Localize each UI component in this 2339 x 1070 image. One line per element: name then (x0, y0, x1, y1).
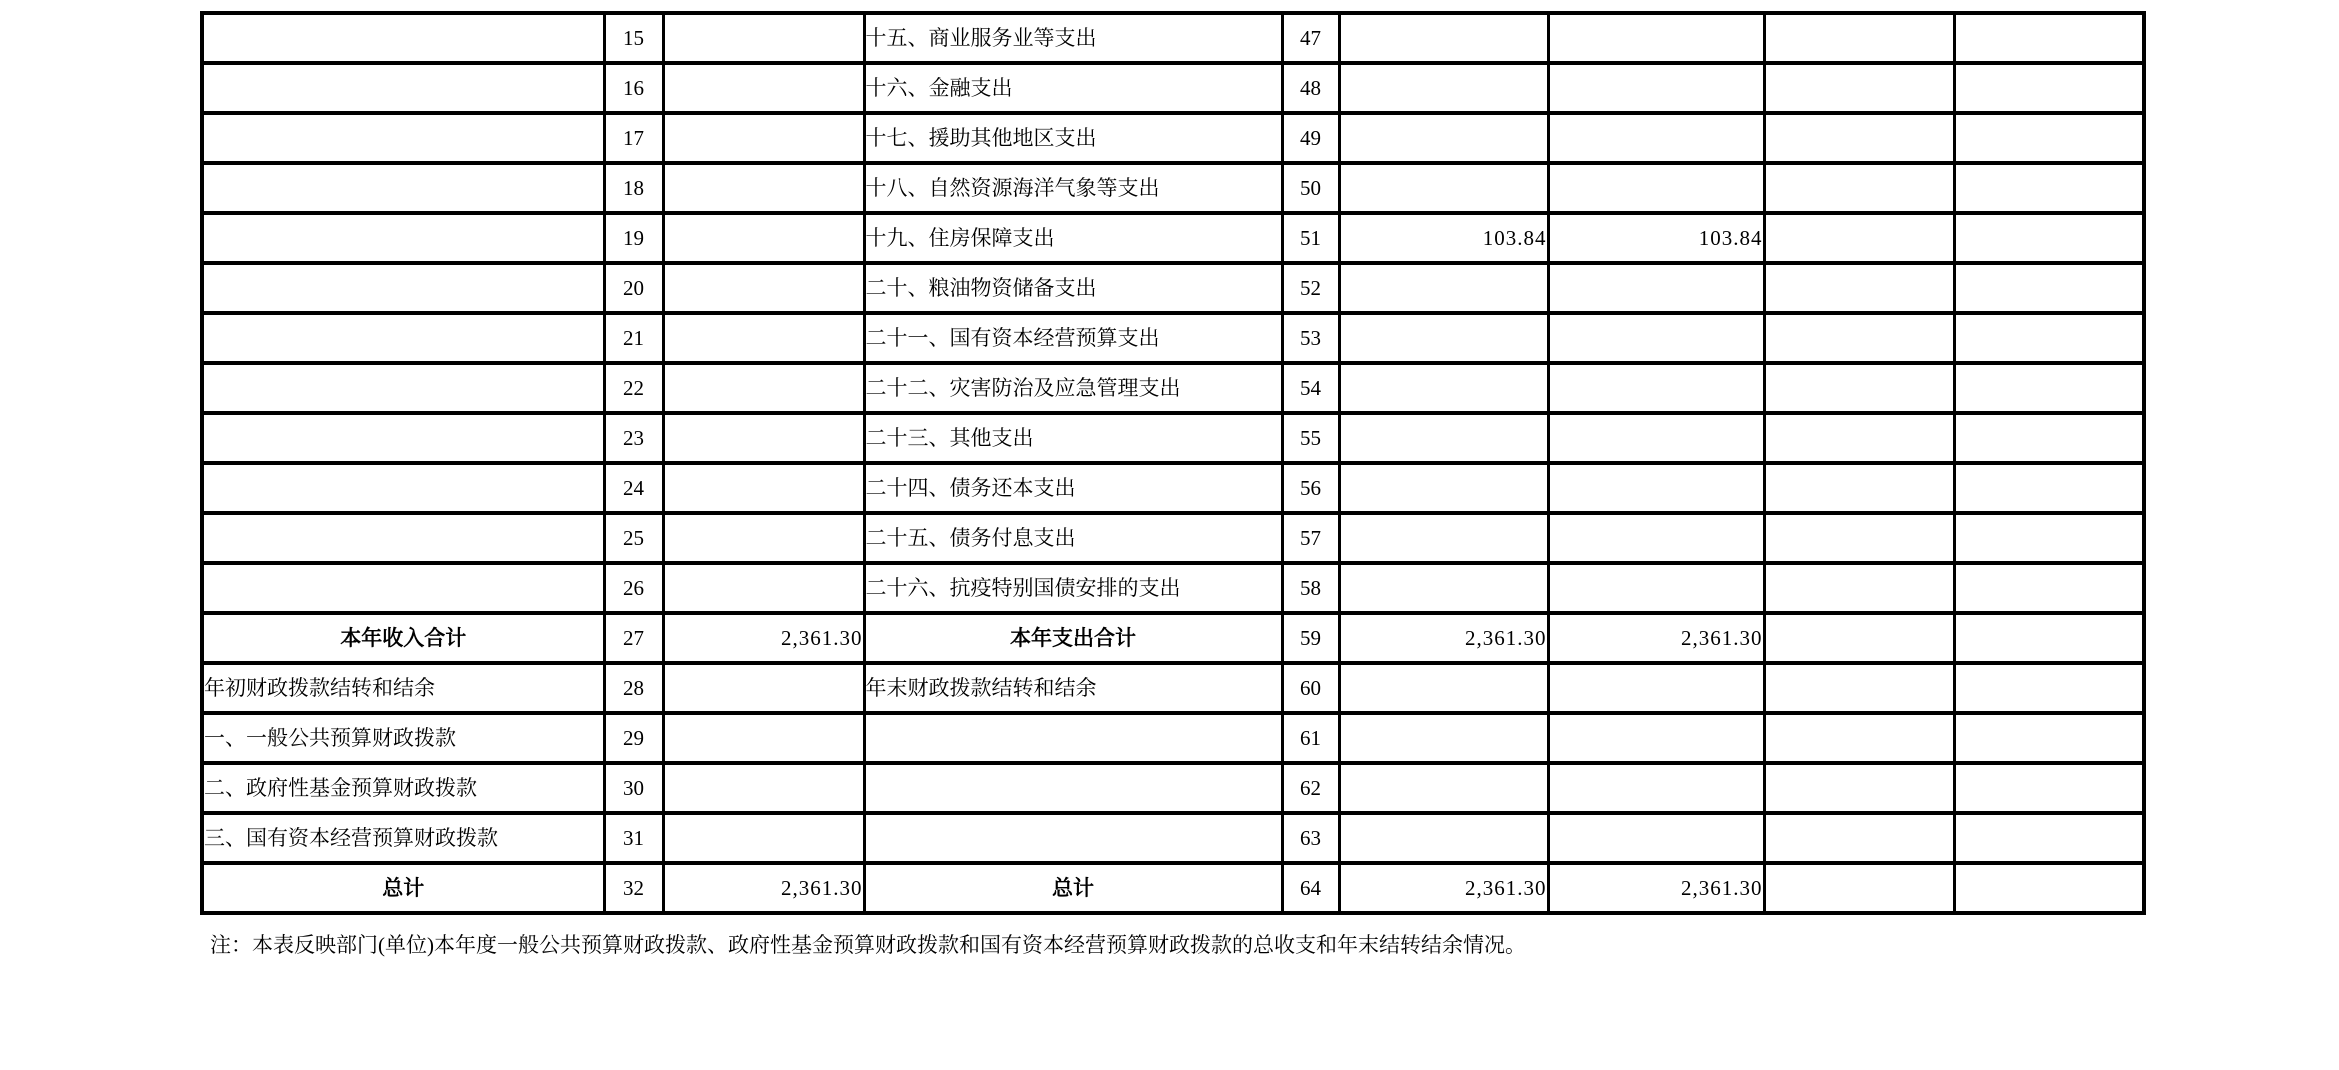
table-row: 15 十五、商业服务业等支出 47 (202, 13, 2144, 63)
expense-label-cell (864, 713, 1282, 763)
income-amount-cell (663, 813, 864, 863)
budget-table-body: 15 十五、商业服务业等支出 47 16 十六、金融支出 48 17 十七、援助… (202, 13, 2144, 913)
expense-label-cell: 二十一、国有资本经营预算支出 (864, 313, 1282, 363)
extra-column-2-cell (1954, 213, 2144, 263)
extra-column-2-cell (1954, 663, 2144, 713)
table-row: 20 二十、粮油物资储备支出 52 (202, 263, 2144, 313)
income-amount-cell (663, 213, 864, 263)
expense-row-number-cell: 61 (1282, 713, 1339, 763)
income-row-number-cell: 26 (604, 563, 663, 613)
expense-row-number-cell: 55 (1282, 413, 1339, 463)
expense-amount-1-cell (1339, 313, 1548, 363)
extra-column-1-cell (1764, 563, 1954, 613)
extra-column-2-cell (1954, 713, 2144, 763)
expense-amount-1-cell (1339, 13, 1548, 63)
extra-column-1-cell (1764, 863, 1954, 913)
expense-label-cell: 十五、商业服务业等支出 (864, 13, 1282, 63)
extra-column-2-cell (1954, 13, 2144, 63)
expense-amount-1-cell (1339, 763, 1548, 813)
extra-column-1-cell (1764, 513, 1954, 563)
expense-row-number-cell: 47 (1282, 13, 1339, 63)
table-footnote: 注：本表反映部门(单位)本年度一般公共预算财政拨款、政府性基金预算财政拨款和国有… (210, 932, 1526, 959)
expense-label-cell: 二十三、其他支出 (864, 413, 1282, 463)
income-row-number-cell: 15 (604, 13, 663, 63)
income-amount-cell: 2,361.30 (663, 863, 864, 913)
income-amount-cell (663, 763, 864, 813)
extra-column-2-cell (1954, 463, 2144, 513)
table-row: 18 十八、自然资源海洋气象等支出 50 (202, 163, 2144, 213)
expense-row-number-cell: 50 (1282, 163, 1339, 213)
expense-row-number-cell: 64 (1282, 863, 1339, 913)
income-label-cell (202, 313, 604, 363)
expense-label-cell: 二十四、债务还本支出 (864, 463, 1282, 513)
table-row: 24 二十四、债务还本支出 56 (202, 463, 2144, 513)
income-label-cell (202, 213, 604, 263)
income-label-cell (202, 113, 604, 163)
income-row-number-cell: 18 (604, 163, 663, 213)
extra-column-2-cell (1954, 363, 2144, 413)
expense-row-number-cell: 58 (1282, 563, 1339, 613)
table-row: 本年收入合计 27 2,361.30 本年支出合计 59 2,361.30 2,… (202, 613, 2144, 663)
expense-amount-2-cell (1548, 563, 1764, 613)
expense-label-cell: 二十、粮油物资储备支出 (864, 263, 1282, 313)
income-row-number-cell: 22 (604, 363, 663, 413)
income-label-cell: 本年收入合计 (202, 613, 604, 663)
table-row: 22 二十二、灾害防治及应急管理支出 54 (202, 363, 2144, 413)
expense-row-number-cell: 60 (1282, 663, 1339, 713)
expense-amount-1-cell (1339, 263, 1548, 313)
income-label-cell (202, 163, 604, 213)
expense-amount-2-cell (1548, 713, 1764, 763)
income-label-cell: 年初财政拨款结转和结余 (202, 663, 604, 713)
expense-amount-1-cell (1339, 463, 1548, 513)
expense-amount-1-cell (1339, 713, 1548, 763)
table-row: 26 二十六、抗疫特别国债安排的支出 58 (202, 563, 2144, 613)
expense-amount-1-cell (1339, 163, 1548, 213)
income-row-number-cell: 23 (604, 413, 663, 463)
income-row-number-cell: 30 (604, 763, 663, 813)
expense-label-cell: 二十二、灾害防治及应急管理支出 (864, 363, 1282, 413)
income-row-number-cell: 32 (604, 863, 663, 913)
extra-column-1-cell (1764, 363, 1954, 413)
expense-label-cell: 二十六、抗疫特别国债安排的支出 (864, 563, 1282, 613)
expense-amount-2-cell (1548, 113, 1764, 163)
table-row: 一、一般公共预算财政拨款 29 61 (202, 713, 2144, 763)
income-label-cell (202, 563, 604, 613)
table-row: 25 二十五、债务付息支出 57 (202, 513, 2144, 563)
extra-column-1-cell (1764, 163, 1954, 213)
expense-amount-1-cell: 2,361.30 (1339, 613, 1548, 663)
expense-amount-2-cell (1548, 163, 1764, 213)
extra-column-2-cell (1954, 313, 2144, 363)
expense-label-cell: 十九、住房保障支出 (864, 213, 1282, 263)
expense-row-number-cell: 56 (1282, 463, 1339, 513)
extra-column-1-cell (1764, 663, 1954, 713)
income-label-cell (202, 463, 604, 513)
budget-document-page: 15 十五、商业服务业等支出 47 16 十六、金融支出 48 17 十七、援助… (0, 0, 2339, 1070)
extra-column-2-cell (1954, 513, 2144, 563)
expense-label-cell: 十七、援助其他地区支出 (864, 113, 1282, 163)
income-amount-cell (663, 663, 864, 713)
extra-column-2-cell (1954, 763, 2144, 813)
extra-column-1-cell (1764, 313, 1954, 363)
income-row-number-cell: 21 (604, 313, 663, 363)
expense-row-number-cell: 48 (1282, 63, 1339, 113)
expense-amount-1-cell (1339, 813, 1548, 863)
expense-amount-2-cell: 2,361.30 (1548, 863, 1764, 913)
extra-column-1-cell (1764, 13, 1954, 63)
extra-column-2-cell (1954, 413, 2144, 463)
expense-amount-1-cell (1339, 413, 1548, 463)
income-row-number-cell: 29 (604, 713, 663, 763)
expense-label-cell: 年末财政拨款结转和结余 (864, 663, 1282, 713)
expense-amount-2-cell (1548, 63, 1764, 113)
income-label-cell (202, 263, 604, 313)
income-row-number-cell: 31 (604, 813, 663, 863)
expense-amount-2-cell (1548, 463, 1764, 513)
table-row: 总计 32 2,361.30 总计 64 2,361.30 2,361.30 (202, 863, 2144, 913)
expense-row-number-cell: 51 (1282, 213, 1339, 263)
extra-column-1-cell (1764, 613, 1954, 663)
table-row: 19 十九、住房保障支出 51 103.84 103.84 (202, 213, 2144, 263)
expense-amount-2-cell (1548, 363, 1764, 413)
extra-column-1-cell (1764, 763, 1954, 813)
income-row-number-cell: 28 (604, 663, 663, 713)
income-label-cell (202, 513, 604, 563)
expense-amount-2-cell (1548, 813, 1764, 863)
expense-row-number-cell: 59 (1282, 613, 1339, 663)
income-amount-cell (663, 513, 864, 563)
expense-amount-2-cell (1548, 263, 1764, 313)
extra-column-1-cell (1764, 463, 1954, 513)
income-amount-cell (663, 413, 864, 463)
income-row-number-cell: 27 (604, 613, 663, 663)
extra-column-2-cell (1954, 263, 2144, 313)
extra-column-1-cell (1764, 813, 1954, 863)
income-amount-cell (663, 713, 864, 763)
table-row: 21 二十一、国有资本经营预算支出 53 (202, 313, 2144, 363)
extra-column-1-cell (1764, 713, 1954, 763)
expense-row-number-cell: 52 (1282, 263, 1339, 313)
expense-amount-2-cell (1548, 763, 1764, 813)
expense-amount-2-cell: 2,361.30 (1548, 613, 1764, 663)
income-amount-cell: 2,361.30 (663, 613, 864, 663)
income-amount-cell (663, 563, 864, 613)
extra-column-1-cell (1764, 263, 1954, 313)
expense-amount-1-cell (1339, 513, 1548, 563)
income-amount-cell (663, 13, 864, 63)
table-row: 17 十七、援助其他地区支出 49 (202, 113, 2144, 163)
income-amount-cell (663, 313, 864, 363)
budget-summary-table: 15 十五、商业服务业等支出 47 16 十六、金融支出 48 17 十七、援助… (200, 11, 2146, 915)
income-row-number-cell: 16 (604, 63, 663, 113)
income-label-cell: 总计 (202, 863, 604, 913)
expense-amount-1-cell (1339, 663, 1548, 713)
expense-row-number-cell: 62 (1282, 763, 1339, 813)
income-row-number-cell: 20 (604, 263, 663, 313)
income-amount-cell (663, 163, 864, 213)
income-label-cell (202, 413, 604, 463)
income-label-cell (202, 63, 604, 113)
expense-row-number-cell: 54 (1282, 363, 1339, 413)
expense-amount-1-cell (1339, 363, 1548, 413)
income-label-cell (202, 363, 604, 413)
expense-amount-1-cell: 2,361.30 (1339, 863, 1548, 913)
table-row: 年初财政拨款结转和结余 28 年末财政拨款结转和结余 60 (202, 663, 2144, 713)
expense-amount-1-cell: 103.84 (1339, 213, 1548, 263)
extra-column-1-cell (1764, 113, 1954, 163)
expense-row-number-cell: 63 (1282, 813, 1339, 863)
extra-column-1-cell (1764, 63, 1954, 113)
expense-amount-2-cell (1548, 413, 1764, 463)
income-label-cell: 三、国有资本经营预算财政拨款 (202, 813, 604, 863)
income-amount-cell (663, 363, 864, 413)
income-row-number-cell: 19 (604, 213, 663, 263)
expense-amount-1-cell (1339, 563, 1548, 613)
income-row-number-cell: 25 (604, 513, 663, 563)
income-label-cell (202, 13, 604, 63)
extra-column-2-cell (1954, 113, 2144, 163)
table-row: 二、政府性基金预算财政拨款 30 62 (202, 763, 2144, 813)
expense-label-cell (864, 813, 1282, 863)
expense-amount-2-cell (1548, 663, 1764, 713)
extra-column-2-cell (1954, 563, 2144, 613)
expense-row-number-cell: 57 (1282, 513, 1339, 563)
extra-column-1-cell (1764, 413, 1954, 463)
expense-label-cell: 十八、自然资源海洋气象等支出 (864, 163, 1282, 213)
expense-amount-2-cell (1548, 513, 1764, 563)
expense-row-number-cell: 49 (1282, 113, 1339, 163)
expense-label-cell: 二十五、债务付息支出 (864, 513, 1282, 563)
income-row-number-cell: 17 (604, 113, 663, 163)
expense-label-cell (864, 763, 1282, 813)
extra-column-2-cell (1954, 613, 2144, 663)
extra-column-2-cell (1954, 813, 2144, 863)
income-label-cell: 二、政府性基金预算财政拨款 (202, 763, 604, 813)
expense-amount-1-cell (1339, 63, 1548, 113)
expense-amount-2-cell (1548, 13, 1764, 63)
income-row-number-cell: 24 (604, 463, 663, 513)
expense-label-cell: 本年支出合计 (864, 613, 1282, 663)
income-amount-cell (663, 113, 864, 163)
income-label-cell: 一、一般公共预算财政拨款 (202, 713, 604, 763)
table-row: 23 二十三、其他支出 55 (202, 413, 2144, 463)
expense-amount-2-cell (1548, 313, 1764, 363)
extra-column-2-cell (1954, 63, 2144, 113)
expense-row-number-cell: 53 (1282, 313, 1339, 363)
income-amount-cell (663, 63, 864, 113)
income-amount-cell (663, 463, 864, 513)
expense-amount-2-cell: 103.84 (1548, 213, 1764, 263)
extra-column-2-cell (1954, 163, 2144, 213)
income-amount-cell (663, 263, 864, 313)
extra-column-2-cell (1954, 863, 2144, 913)
table-row: 16 十六、金融支出 48 (202, 63, 2144, 113)
expense-amount-1-cell (1339, 113, 1548, 163)
expense-label-cell: 十六、金融支出 (864, 63, 1282, 113)
extra-column-1-cell (1764, 213, 1954, 263)
table-row: 三、国有资本经营预算财政拨款 31 63 (202, 813, 2144, 863)
expense-label-cell: 总计 (864, 863, 1282, 913)
